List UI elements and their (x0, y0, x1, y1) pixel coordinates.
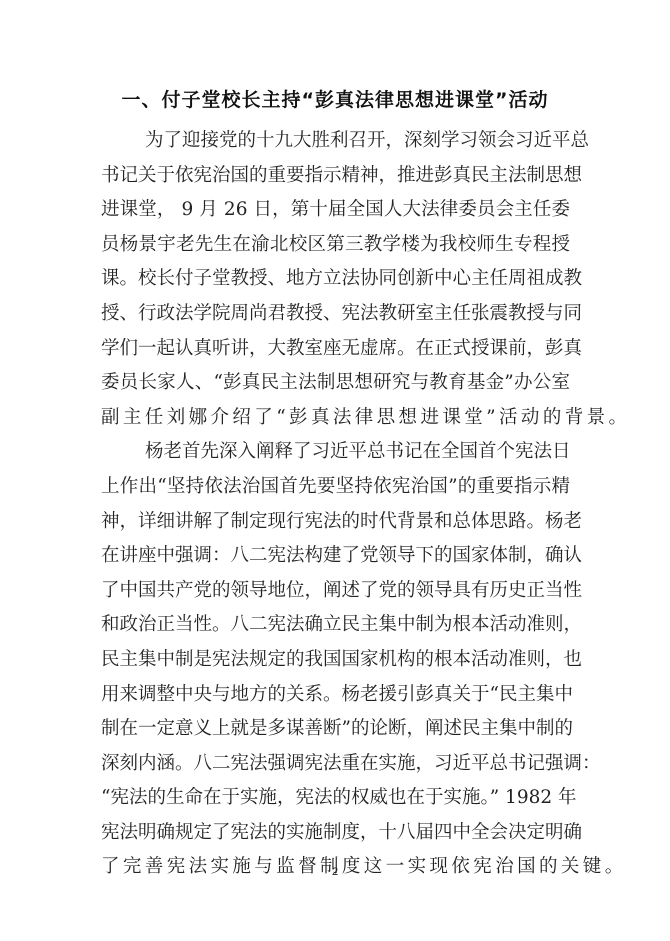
text-line: 用来调整中央与地方的关系。杨老援引彭真关于“民主集中 (101, 678, 570, 713)
body-text: 为了迎接党的十九大胜利召开，深刻学习领会习近平总 书记关于依宪治国的重要指示精神… (101, 124, 570, 885)
text-line: 委员长家人、“彭真民主法制思想研究与教育基金”办公室 (101, 366, 570, 401)
text-line: 了中国共产党的领导地位，阐述了党的领导具有历史正当性 (101, 574, 570, 609)
text-line: 和政治正当性。八二宪法确立民主集中制为根本活动准则， (101, 608, 570, 643)
page-number: 2 (0, 866, 670, 878)
paragraph-2: 杨老首先深入阐释了习近平总书记在全国首个宪法日 上作出“坚持依法治国首先要坚持依… (101, 435, 570, 885)
text-line: 宪法明确规定了宪法的实施制度，十八届四中全会决定明确 (101, 816, 570, 851)
text-line: 进课堂， 9 月 26 日，第十届全国人大法律委员会主任委 (101, 193, 570, 228)
section-heading: 一、付子堂校长主持“彭真法律思想进课堂”活动 (0, 88, 670, 112)
text-line: “宪法的生命在于实施，宪法的权威也在于实施。” 1982 年 (101, 781, 570, 816)
text-line: 制在一定意义上就是多谋善断”的论断，阐述民主集中制的 (101, 712, 570, 747)
text-line: 深刻内涵。八二宪法强调宪法重在实施，习近平总书记强调： (101, 747, 570, 782)
text-line: 在讲座中强调：八二宪法构建了党领导下的国家体制，确认 (101, 539, 570, 574)
text-line: 授、行政法学院周尚君教授、宪法教研室主任张震教授与同 (101, 297, 570, 332)
text-line: 学们一起认真听讲，大教室座无虚席。在正式授课前，彭真 (101, 332, 570, 367)
text-line: 民主集中制是宪法规定的我国国家机构的根本活动准则，也 (101, 643, 570, 678)
text-line: 杨老首先深入阐释了习近平总书记在全国首个宪法日 (101, 435, 570, 470)
text-line: 上作出“坚持依法治国首先要坚持依宪治国”的重要指示精 (101, 470, 570, 505)
text-line: 为了迎接党的十九大胜利召开，深刻学习领会习近平总 (101, 124, 570, 159)
text-line: 副主任刘娜介绍了“彭真法律思想进课堂”活动的背景。 (101, 401, 570, 436)
document-page: 一、付子堂校长主持“彭真法律思想进课堂”活动 为了迎接党的十九大胜利召开，深刻学… (0, 0, 670, 941)
text-line: 神，详细讲解了制定现行宪法的时代背景和总体思路。杨老 (101, 505, 570, 540)
text-line: 员杨景宇老先生在渝北校区第三教学楼为我校师生专程授 (101, 228, 570, 263)
paragraph-1: 为了迎接党的十九大胜利召开，深刻学习领会习近平总 书记关于依宪治国的重要指示精神… (101, 124, 570, 435)
text-line: 书记关于依宪治国的重要指示精神，推进彭真民主法制思想 (101, 159, 570, 194)
text-line: 课。校长付子堂教授、地方立法协同创新中心主任周祖成教 (101, 262, 570, 297)
